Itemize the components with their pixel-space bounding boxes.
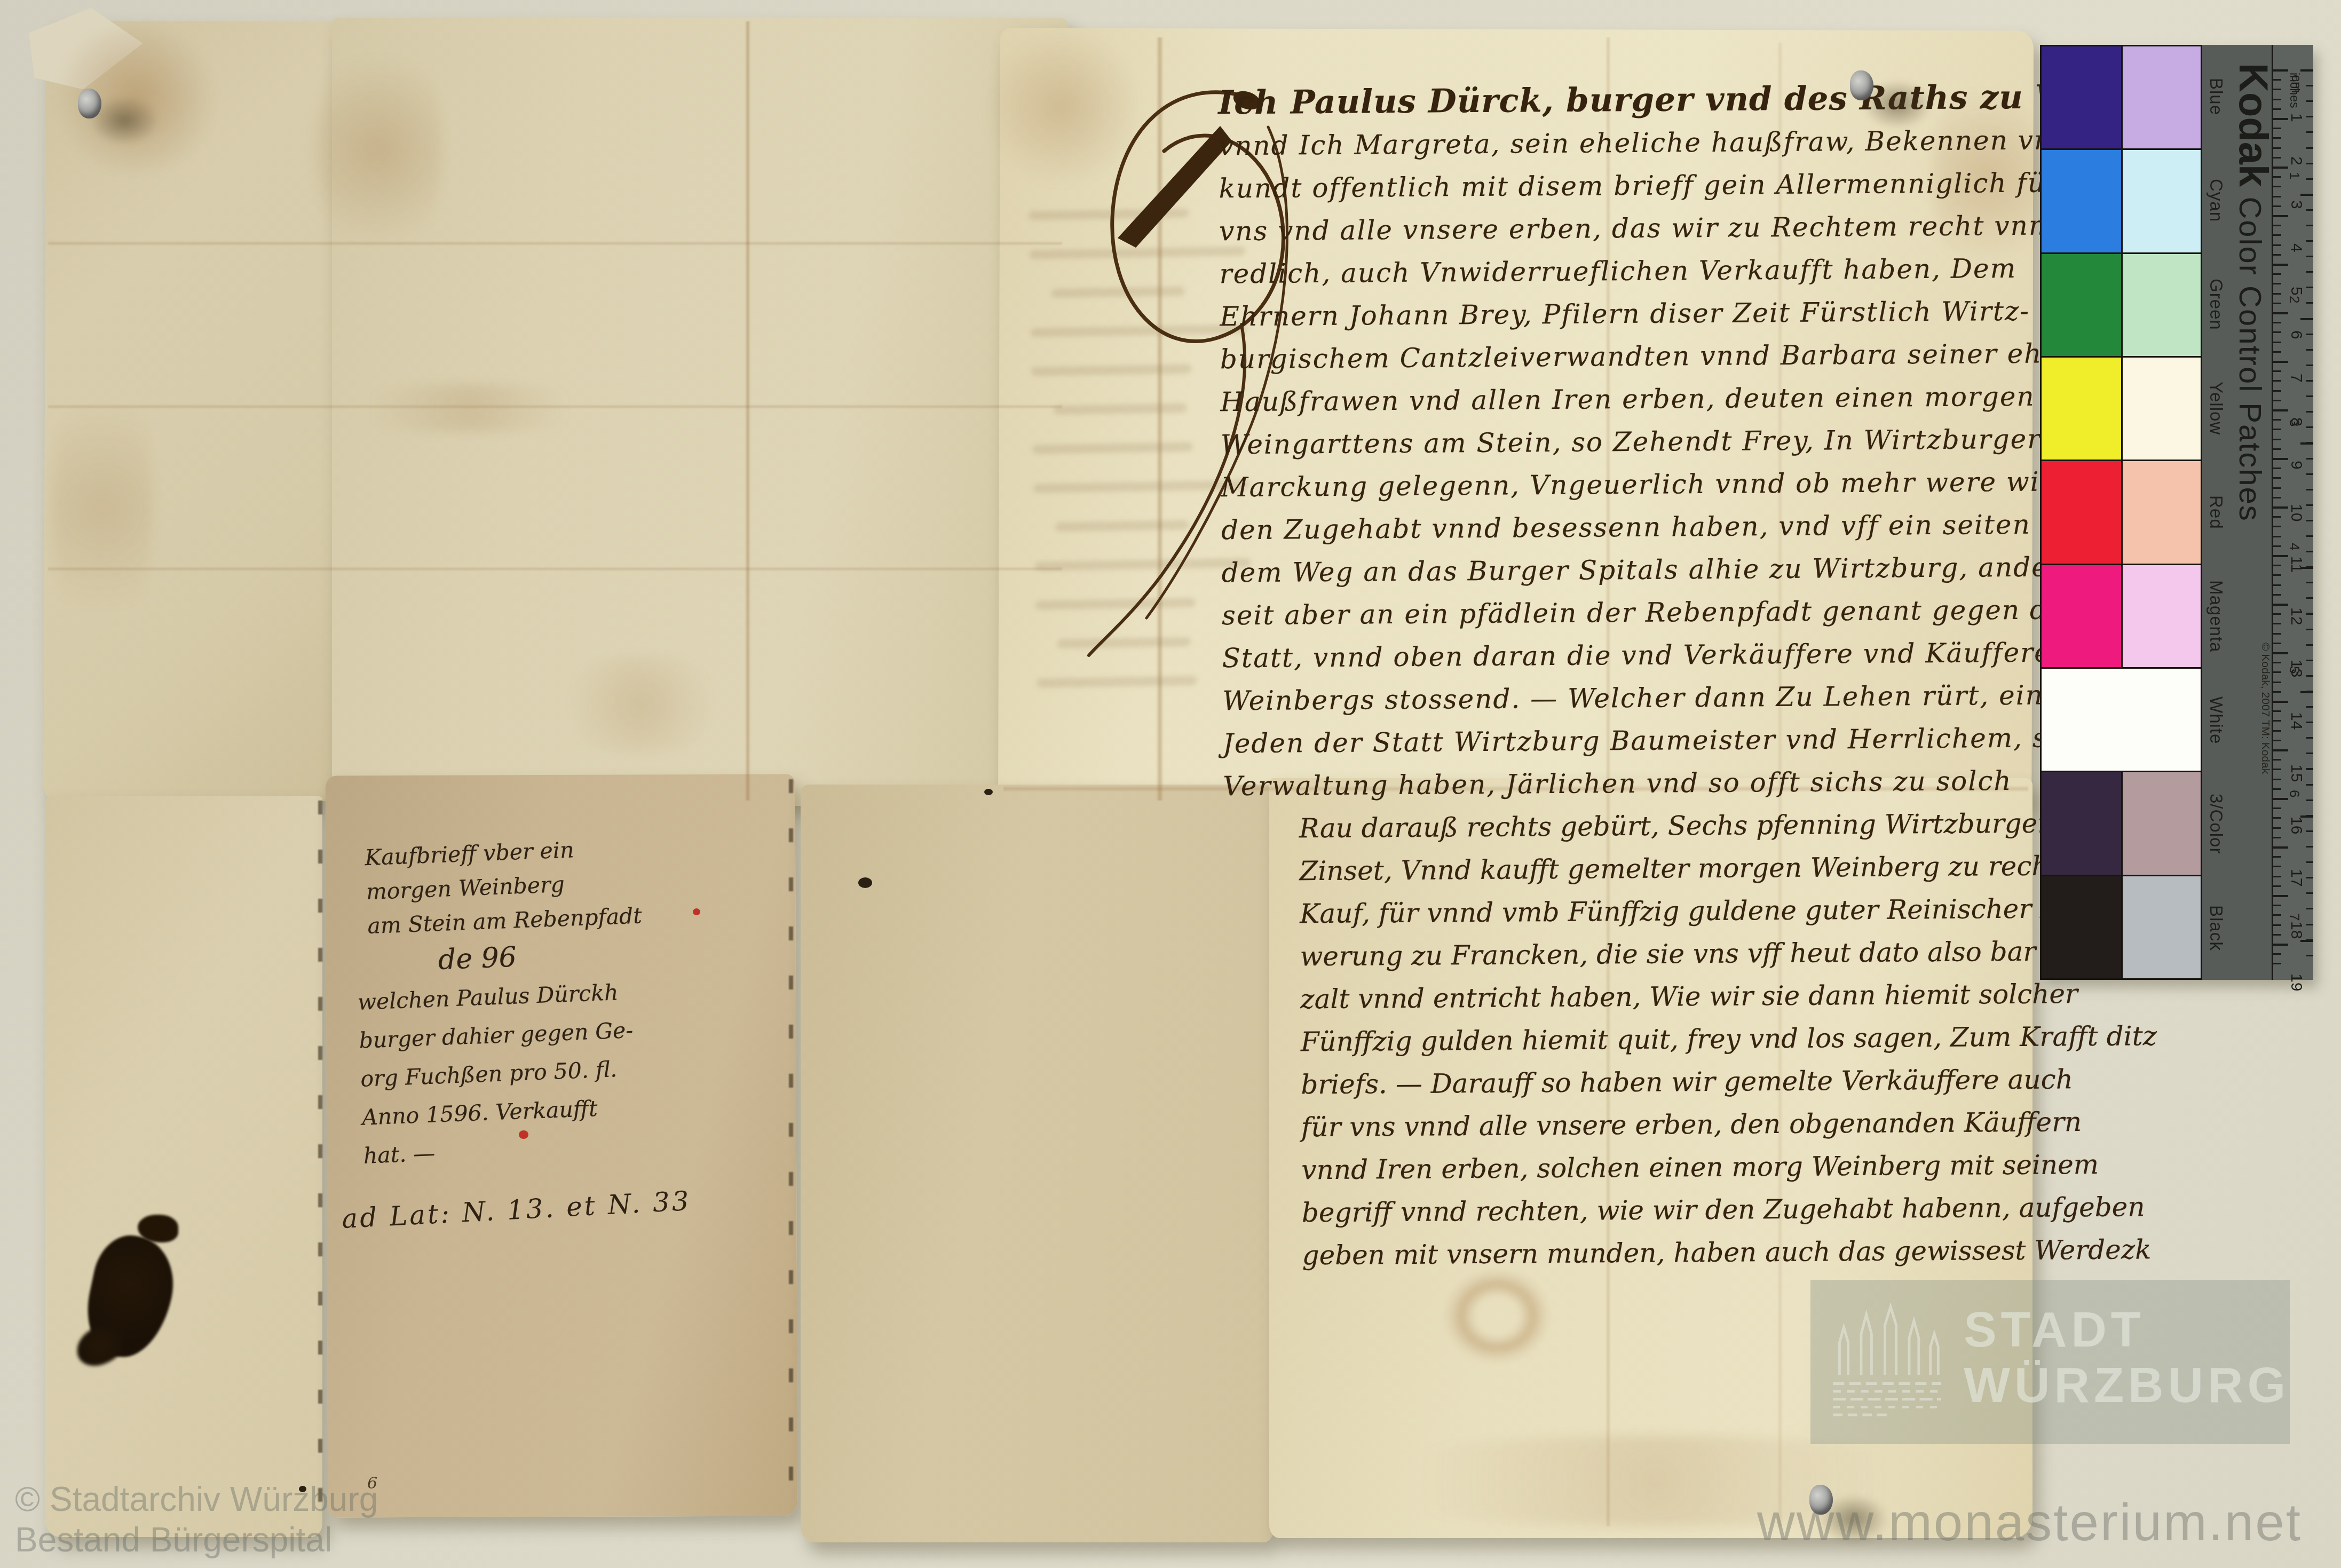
color-patch-row — [2042, 876, 2201, 978]
cm-ruler-number: 2 — [2287, 156, 2305, 165]
stitch-seam — [318, 801, 322, 1516]
color-patch-pastel — [2122, 669, 2201, 771]
color-patch-saturated — [2042, 358, 2122, 460]
stadt-wuerzburg-logo: STADT WÜRZBURG — [1810, 1280, 2290, 1444]
charter-text-line: vns vnd alle vnsere erben, das wir zu Re… — [1219, 204, 2036, 253]
color-patch-pastel — [2122, 358, 2201, 460]
fold-crease — [48, 241, 1062, 246]
charter-text-line: geben mit vnsern munden, haben auch das … — [1302, 1229, 2043, 1277]
inch-ruler-number: 5 — [2286, 666, 2303, 674]
patch-label: 3/Color — [2202, 772, 2230, 876]
color-patch-pastel — [2122, 461, 2201, 563]
inch-ruler-number: 1 — [2286, 172, 2303, 179]
charter-text-line: Jeden der Statt Wirtzburg Baumeister vnd… — [1223, 717, 2040, 765]
color-patch-saturated — [2042, 254, 2122, 356]
charter-text-line: Fünffzig gulden hiemit quit, frey vnd lo… — [1300, 1016, 2042, 1064]
color-patch-pastel — [2122, 565, 2201, 667]
cm-ruler-number: 19 — [2287, 973, 2305, 991]
color-patch-row — [2042, 565, 2201, 667]
inch-ruler-number: 7 — [2286, 913, 2303, 921]
charter-text-line: briefs. — Darauff so haben wir gemelte V… — [1301, 1058, 2042, 1106]
inch-ruler-number: 4 — [2286, 543, 2303, 550]
color-patch-saturated — [2042, 46, 2122, 148]
archive-copyright-watermark: © Stadtarchiv Würzburg — [15, 1479, 378, 1519]
charter-text-line: Haußfrawen vnd allen Iren erben, deuten … — [1220, 375, 2037, 424]
color-patch-saturated — [2042, 461, 2122, 563]
charter-text-line: kundt offentlich mit disem brieff gein A… — [1219, 162, 2036, 210]
ink-speck — [984, 789, 993, 795]
color-patch-saturated — [2042, 772, 2122, 874]
cm-ruler-number: 18 — [2287, 921, 2305, 939]
charter-text-line: für vns vnnd alle vnsere erben, den obge… — [1301, 1101, 2043, 1149]
cm-ruler-number: 1 — [2287, 113, 2305, 122]
strip-title: Kodak Color Control Patches — [2230, 63, 2276, 522]
stain — [315, 32, 443, 267]
charter-text-line: zalt vnnd entricht haben, Wie wir sie da… — [1300, 973, 2042, 1021]
mounting-pin — [1850, 70, 1873, 100]
mounting-pin — [78, 89, 101, 118]
strip-label-band: Blue Cyan Green Yellow Red Magenta White… — [2202, 45, 2272, 980]
stain — [51, 368, 153, 646]
color-patch-row — [2042, 461, 2201, 563]
inch-ruler-number: 6 — [2286, 790, 2303, 797]
charter-text-line: vnnd Iren erben, solchen einen morg Wein… — [1301, 1144, 2043, 1192]
patch-divider — [2121, 358, 2123, 460]
charter-text-line: burgischem Cantzleiverwandten vnnd Barba… — [1220, 332, 2037, 381]
charter-text-line: Weingarttens am Stein, so Zehendt Frey, … — [1221, 418, 2038, 466]
color-patch-pastel — [2122, 254, 2201, 356]
color-patch-row — [2042, 669, 2201, 771]
city-skyline-icon — [1824, 1287, 1950, 1437]
seal-through-stain — [1434, 1260, 1561, 1373]
patch-divider — [2121, 461, 2123, 563]
charter-text-line: Marckung gelegenn, Vngeuerlich vnnd ob m… — [1221, 461, 2038, 509]
inch-ruler-number: 3 — [2286, 419, 2303, 426]
color-patch-columns — [2040, 45, 2202, 980]
color-patch-pastel — [2122, 150, 2201, 252]
charter-text-line: redlich, auch Vnwiderrueflichen Verkauff… — [1219, 247, 2036, 296]
color-patch-saturated — [2042, 565, 2122, 667]
stain — [331, 384, 608, 432]
patch-divider — [2121, 565, 2123, 667]
inches-unit-label: inches — [2287, 73, 2302, 108]
patch-label: Black — [2202, 876, 2230, 980]
patch-divider — [2121, 772, 2123, 874]
patch-label: Red — [2202, 461, 2230, 565]
charter-text-line: Weinbergs stossend. — Welcher dann Zu Le… — [1222, 674, 2039, 723]
fold-crease — [48, 567, 1062, 571]
color-patch-row — [2042, 254, 2201, 356]
patch-label: Green — [2202, 252, 2230, 357]
monasterium-watermark: www.monasterium.net — [1757, 1492, 2302, 1553]
color-patch-saturated — [2042, 669, 2122, 771]
charter-text-line: Rau darauß rechts gebürt, Sechs pfenning… — [1299, 802, 2041, 850]
logo-text-line: WÜRZBURG — [1964, 1358, 2290, 1413]
patch-label: Cyan — [2202, 149, 2230, 253]
charter-text-line: dem Weg an das Burger Spitals alhie zu W… — [1221, 546, 2038, 595]
ruler: cm inches 12345678910111213141516171819 … — [2272, 45, 2313, 980]
patch-divider — [2121, 876, 2123, 978]
strip-copyright: © Kodak, 2007 TM: Kodak — [2259, 643, 2272, 774]
color-patch-row — [2042, 46, 2201, 148]
color-patch-saturated — [2042, 876, 2122, 978]
charter-text-line: werung zu Francken, die sie vns vff heut… — [1300, 930, 2041, 978]
charter-text-line: seit aber an ein pfädlein der Rebenpfadt… — [1222, 589, 2039, 637]
charter-text-line: Kauf, für vnnd vmb Fünffzig guldene gute… — [1300, 888, 2041, 936]
charter-text-line: begriff vnnd rechten, wie wir den Zugeha… — [1302, 1186, 2043, 1234]
charter-text-line: Zinset, Vnnd kaufft gemelter morgen Wein… — [1299, 845, 2041, 893]
archive-fonds-watermark: Bestand Bürgerspital — [15, 1520, 332, 1559]
kodak-color-control-strip: Blue Cyan Green Yellow Red Magenta White… — [2040, 45, 2313, 980]
patch-divider — [2121, 46, 2123, 148]
color-patch-pastel — [2122, 876, 2201, 978]
ink-speck — [858, 877, 872, 888]
stain — [550, 656, 731, 753]
parchment-panel-bottom-left — [45, 796, 322, 1537]
patch-divider — [2121, 254, 2123, 356]
charter-text-line: Ehrnern Johann Brey, Pfilern diser Zeit … — [1220, 290, 2037, 338]
charter-text-line: Statt, vnnd oben daran die vnd Verkäuffe… — [1222, 631, 2039, 680]
patch-label: Blue — [2202, 45, 2230, 149]
dorsal-note-text: Kaufbrieff vber einmorgen Weinbergam Ste… — [364, 825, 793, 1174]
color-patch-row — [2042, 150, 2201, 252]
color-patch-row — [2042, 358, 2201, 460]
logo-text-line: STADT — [1964, 1302, 2290, 1358]
patch-label: Yellow — [2202, 357, 2230, 461]
color-patch-saturated — [2042, 150, 2122, 252]
charter-text-line: Verwaltung haben, Järlichen vnd so offt … — [1223, 759, 2040, 808]
inch-ruler-number: 2 — [2286, 296, 2303, 303]
fold-crease — [745, 21, 750, 801]
patch-label: Magenta — [2202, 564, 2230, 668]
charter-text-block: Ich Paulus Dürck, burger vnd des Raths z… — [1218, 76, 2043, 1278]
parchment-panel-bottom-middle — [801, 785, 1274, 1542]
charter-text-line: den Zugehabt vnnd besessenn haben, vnd v… — [1221, 503, 2038, 552]
patch-divider — [2121, 150, 2123, 252]
archival-scan: Ich Paulus Dürck, burger vnd des Raths z… — [0, 0, 2341, 1568]
color-patch-row — [2042, 772, 2201, 874]
patch-label: White — [2202, 668, 2230, 772]
color-patch-pastel — [2122, 46, 2201, 148]
color-patch-pastel — [2122, 772, 2201, 874]
